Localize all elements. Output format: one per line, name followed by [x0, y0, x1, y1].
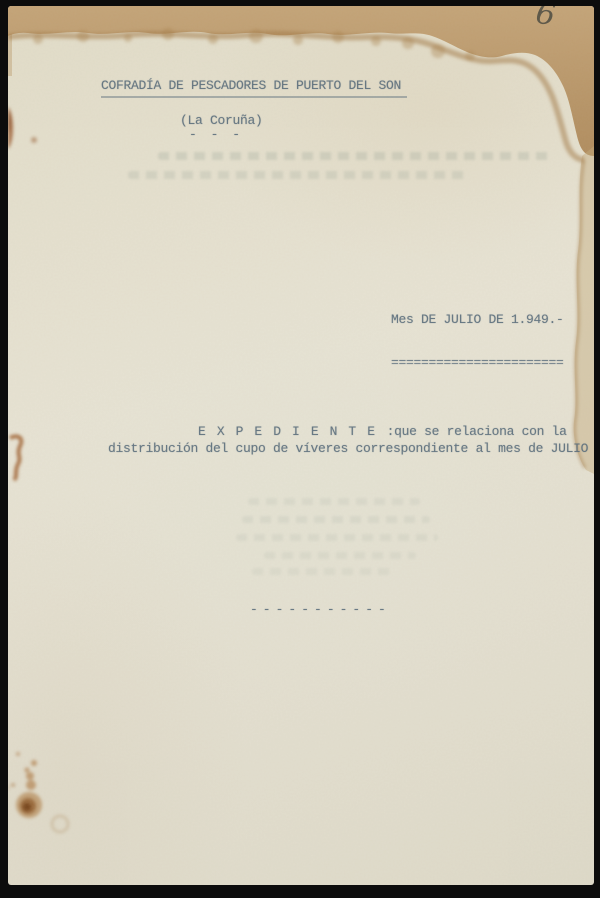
- document-title: COFRADÍA DE PESCADORES DE PUERTO DEL SON: [101, 78, 407, 98]
- expediente-heading: E X P E D I E N T E: [198, 424, 377, 439]
- location-underline-dashes: - - -: [189, 127, 243, 142]
- bleedthrough-text-line: [264, 552, 416, 559]
- handwritten-page-number: 6: [533, 6, 557, 33]
- expediente-line-2: distribución del cupo de víveres corresp…: [108, 441, 588, 456]
- date-underline: =======================: [391, 355, 564, 370]
- bleedthrough-text-line: [252, 568, 392, 575]
- bleedthrough-text-line: [158, 152, 550, 160]
- bleedthrough-text-line: [236, 534, 438, 541]
- bleedthrough-text-line: [128, 171, 470, 179]
- bleedthrough-text-line: [248, 498, 420, 505]
- date-heading: Mes DE JULIO DE 1.949.-: [391, 312, 564, 327]
- date-heading-block: Mes DE JULIO DE 1.949.- ================…: [391, 282, 564, 400]
- document-page: COFRADÍA DE PESCADORES DE PUERTO DEL SON…: [8, 6, 594, 885]
- document-location: (La Coruña): [180, 113, 263, 128]
- expediente-text: :que se relaciona con la: [377, 424, 567, 439]
- separator-dashes: - - - - - - - - - - -: [250, 602, 384, 617]
- bleedthrough-text-line: [242, 516, 430, 523]
- scan-background: { "document": { "page_number": "6", "org…: [0, 0, 600, 898]
